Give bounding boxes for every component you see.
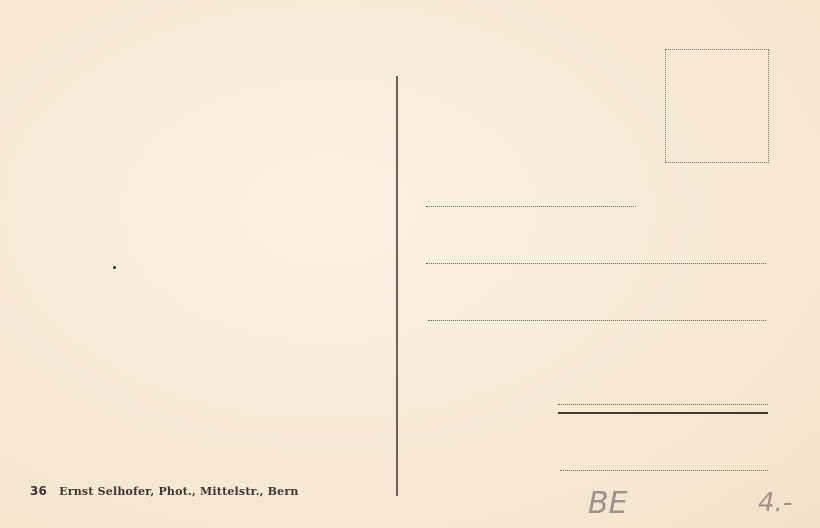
- address-underline: [558, 412, 768, 414]
- card-number: 36: [30, 484, 47, 498]
- pencil-note-left: BE: [588, 486, 628, 521]
- pencil-note-right: 4.-: [758, 488, 792, 518]
- address-line-5: [560, 470, 768, 471]
- address-line-3: [428, 320, 766, 321]
- address-line-1: [426, 206, 636, 207]
- photographer-credit: 36 Ernst Selhofer, Phot., Mittelstr., Be…: [30, 484, 299, 498]
- address-line-2: [426, 263, 766, 264]
- stamp-placeholder-box: [665, 49, 769, 163]
- credit-text: Ernst Selhofer, Phot., Mittelstr., Bern: [59, 485, 298, 498]
- center-divider-line: [396, 76, 398, 496]
- ink-speck: [113, 266, 116, 269]
- address-line-4: [558, 404, 768, 405]
- postcard-back: 36 Ernst Selhofer, Phot., Mittelstr., Be…: [0, 0, 820, 528]
